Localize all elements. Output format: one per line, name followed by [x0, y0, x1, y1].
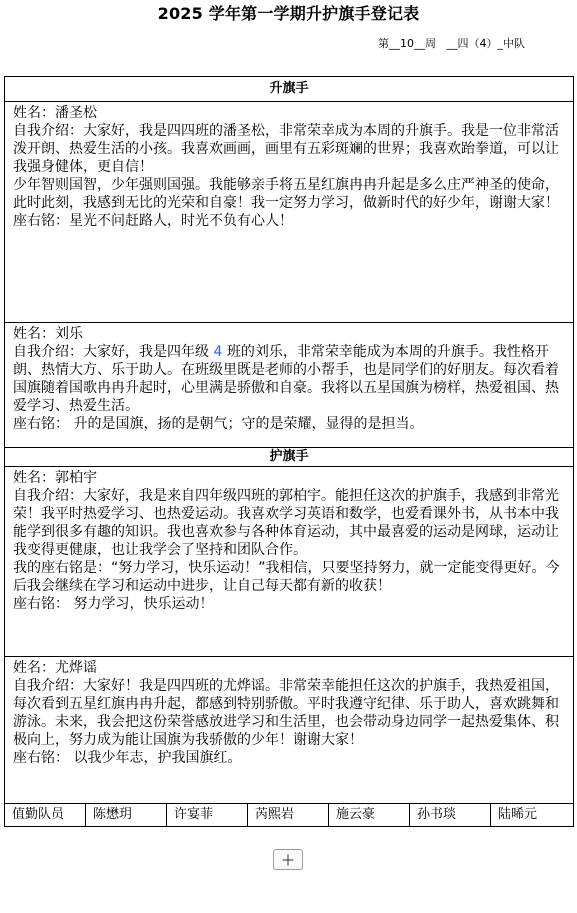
intro-paragraph: 少年智则国智，少年强则国强。我能够亲手将五星红旗冉冉升起是多么庄严神圣的使命，此… [13, 176, 567, 212]
section-heading-flag-guards: 护旗手 [5, 448, 574, 467]
name-line: 姓名：尤烨谣 [13, 659, 567, 677]
section-heading-flag-raisers: 升旗手 [5, 77, 574, 102]
registration-table: 升旗手 姓名：潘圣松 自我介绍：大家好，我是四四班的潘圣松，非常荣幸成为本周的升… [4, 76, 574, 827]
intro-paragraph: 自我介绍：大家好，我是四年级 4 班的刘乐，非常荣幸能成为本周的升旗手。我性格开… [13, 343, 567, 415]
roster-member[interactable]: 施云豪 [329, 804, 410, 827]
roster-member[interactable]: 孙书琰 [410, 804, 491, 827]
page-title: 2025 学年第一学期升护旗手登记表 [0, 3, 577, 25]
roster-member[interactable]: 许宴菲 [167, 804, 248, 827]
intro-paragraph: 自我介绍：大家好，我是四四班的潘圣松，非常荣幸成为本周的升旗手。我是一位非常活泼… [13, 122, 567, 176]
motto-line: 座右铭： 升的是国旗，扬的是朝气；守的是荣耀，显得的是担当。 [13, 415, 567, 433]
name-line: 姓名：郭柏宇 [13, 469, 567, 487]
roster-label[interactable]: 值勤队员 [5, 804, 86, 827]
roster-member[interactable]: 芮熙岩 [248, 804, 329, 827]
add-row-button[interactable] [273, 849, 303, 870]
intro-paragraph: 自我介绍：大家好！我是四四班的尤烨谣。非常荣幸能担任这次的护旗手，我热爱祖国，每… [13, 677, 567, 749]
intro-paragraph: 自我介绍：大家好，我是来自四年级四班的郭柏宇。能担任这次的护旗手，我感到非常光荣… [13, 487, 567, 559]
week-class-line: 第__10__周 __四（4）_中队 [378, 36, 525, 52]
motto-line: 座右铭： 以我少年志，护我国旗红。 [13, 749, 567, 767]
raiser-entry-1[interactable]: 姓名：潘圣松 自我介绍：大家好，我是四四班的潘圣松，非常荣幸成为本周的升旗手。我… [5, 102, 574, 323]
motto-line: 座右铭： 努力学习，快乐运动！ [13, 595, 567, 613]
guard-entry-1[interactable]: 姓名：郭柏宇 自我介绍：大家好，我是来自四年级四班的郭柏宇。能担任这次的护旗手，… [5, 467, 574, 657]
name-line: 姓名：潘圣松 [13, 104, 567, 122]
name-line: 姓名：刘乐 [13, 325, 567, 343]
roster-member[interactable]: 陈懋玥 [86, 804, 167, 827]
guard-entry-2[interactable]: 姓名：尤烨谣 自我介绍：大家好！我是四四班的尤烨谣。非常荣幸能担任这次的护旗手，… [5, 657, 574, 804]
duty-roster-row: 值勤队员 陈懋玥 许宴菲 芮熙岩 施云豪 孙书琰 陆晞元 [5, 804, 574, 827]
motto-line: 座右铭：星光不问赶路人，时光不负有心人！ [13, 212, 567, 230]
raiser-entry-2[interactable]: 姓名：刘乐 自我介绍：大家好，我是四年级 4 班的刘乐，非常荣幸能成为本周的升旗… [5, 323, 574, 448]
intro-text: 自我介绍：大家好，我是四年级 [13, 344, 213, 360]
intro-paragraph: 我的座右铭是：“努力学习，快乐运动！”我相信，只要坚持努力，就一定能变得更好。今… [13, 559, 567, 595]
plus-icon [282, 854, 294, 866]
roster-member[interactable]: 陆晞元 [491, 804, 574, 827]
